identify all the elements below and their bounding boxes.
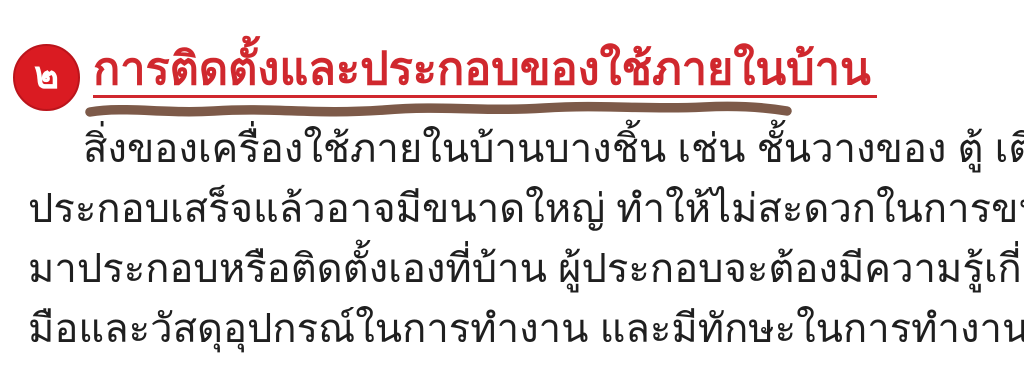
section-number: ๒: [34, 57, 59, 95]
section-number-badge: ๒: [13, 44, 80, 111]
underline-stroke: [90, 106, 787, 112]
body-paragraph: สิ่งของเครื่องใช้ภายในบ้านบางชิ้น เช่น ช…: [28, 120, 996, 360]
document-page: ๒ การติดตั้งและประกอบของใช้ภายในบ้าน สิ่…: [0, 0, 1024, 374]
body-line: มาประกอบหรือติดตั้งเองที่บ้าน ผู้ประกอบจ…: [28, 240, 996, 298]
body-line: มือและวัสดุอุปกรณ์ในการทำงาน และมีทักษะใ…: [28, 300, 996, 358]
section-title: การติดตั้งและประกอบของใช้ภายในบ้าน: [93, 44, 877, 98]
body-line: ประกอบเสร็จแล้วอาจมีขนาดใหญ่ ทำให้ไม่สะด…: [28, 180, 996, 238]
hand-drawn-underline: [84, 96, 796, 122]
body-line: สิ่งของเครื่องใช้ภายในบ้านบางชิ้น เช่น ช…: [28, 120, 996, 178]
